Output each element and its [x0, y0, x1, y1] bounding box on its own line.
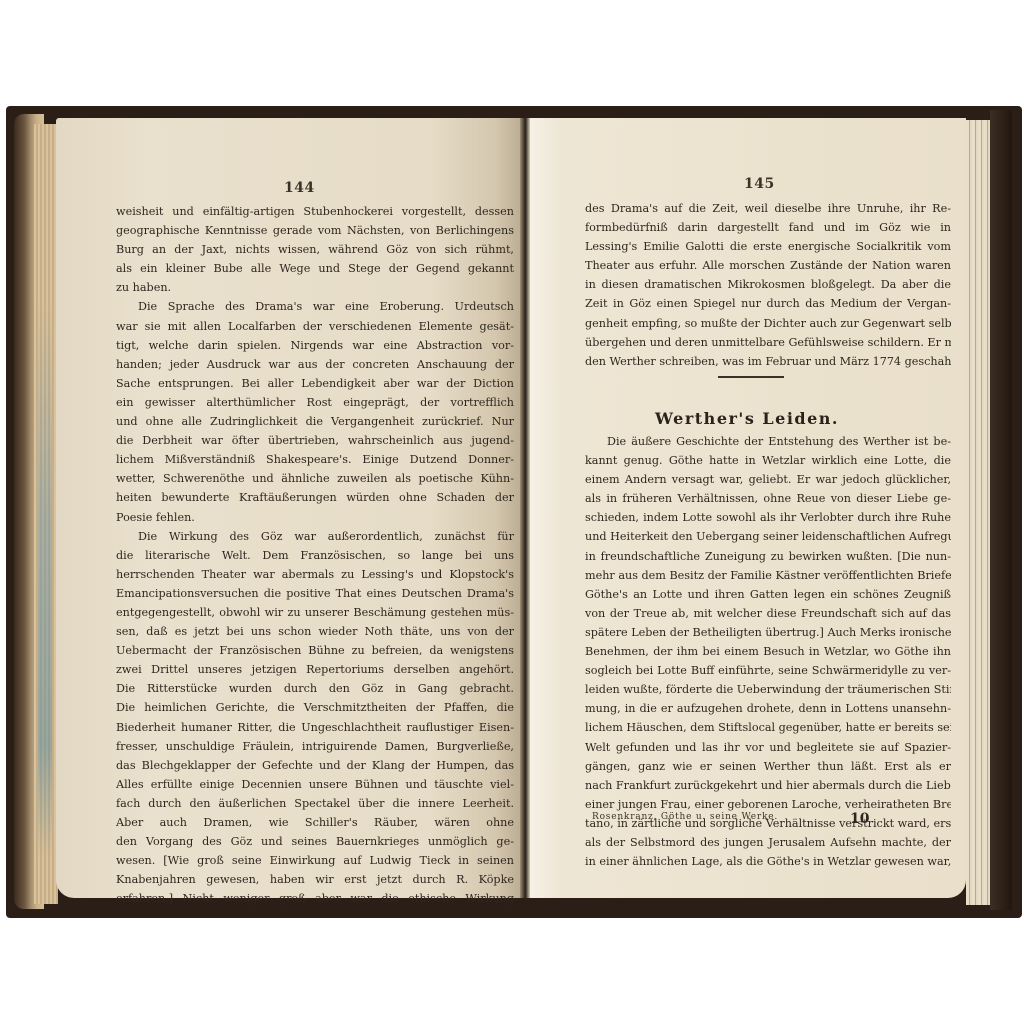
text-line: wetter, Schwerenöthe und ähnliche zuweil… [116, 469, 514, 488]
text-line: leiden wußte, förderte die Ueberwindung … [585, 680, 951, 699]
text-line: Benehmen, der ihm bei einem Besuch in We… [585, 642, 951, 661]
text-line: als ein kleiner Bube alle Wege und Stege… [116, 259, 514, 278]
text-line: erfahren.] Nicht weniger groß aber war d… [116, 889, 514, 908]
text-line: Die heimlichen Gerichte, die Verschmitzt… [116, 698, 514, 717]
text-line: schieden, indem Lotte sowohl als ihr Ver… [585, 508, 951, 527]
text-line: des Drama's auf die Zeit, weil dieselbe … [585, 199, 951, 218]
text-line: sen, daß es jetzt bei uns schon wieder N… [116, 622, 514, 641]
text-line: zu haben. [116, 278, 514, 297]
text-line: ein gewisser alterthümlicher Rost eingep… [116, 393, 514, 412]
text-line: den Werther schreiben, was im Februar un… [585, 352, 951, 371]
footer-sheet-number: 10 [850, 811, 869, 827]
text-line: die literarische Welt. Dem Französischen… [116, 546, 514, 565]
text-line: Die äußere Geschichte der Entstehung des… [585, 432, 951, 451]
text-line: geographische Kenntnisse gerade vom Näch… [116, 221, 514, 240]
text-line: heiten bewunderte Kraftäußerungen würden… [116, 488, 514, 507]
text-line: nach Frankfurt zurückgekehrt und hier ab… [585, 776, 951, 795]
text-line: Biederheit humaner Ritter, die Ungeschla… [116, 718, 514, 737]
text-line: Welt gefunden und las ihr vor und beglei… [585, 738, 951, 757]
text-line: Uebermacht der Französischen Bühne zu be… [116, 641, 514, 660]
text-line: Die Sprache des Drama's war eine Eroberu… [116, 297, 514, 316]
text-line: Knabenjahren gewesen, haben wir erst jet… [116, 870, 514, 889]
page-number-right: 145 [744, 176, 775, 192]
text-line: formbedürfniß darin dargestellt fand und… [585, 218, 951, 237]
text-line: Burg an der Jaxt, nichts wissen, während… [116, 240, 514, 259]
text-line: sogleich bei Lotte Buff einführte, seine… [585, 661, 951, 680]
text-line: Theater aus erfuhr. Alle morschen Zustän… [585, 256, 951, 275]
right-page-body-top: des Drama's auf die Zeit, weil dieselbe … [585, 199, 951, 371]
text-line: und Heiterkeit den Uebergang seiner leid… [585, 527, 951, 546]
right-page-edges [966, 120, 990, 905]
text-line: die Derbheit war öfter übertrieben, wahr… [116, 431, 514, 450]
text-line: mung, in die er aufzugehen drohete, denn… [585, 699, 951, 718]
page-number-left: 144 [284, 180, 315, 196]
text-line: herrschenden Theater war abermals zu Les… [116, 565, 514, 584]
text-line: Aber auch Dramen, wie Schiller's Räuber,… [116, 813, 514, 832]
text-line: als in früheren Verhältnissen, ohne Reue… [585, 489, 951, 508]
left-page-body: weisheit und einfältig-artigen Stubenhoc… [116, 202, 514, 908]
book-gutter [520, 118, 530, 898]
text-line: den Vorgang des Göz und seines Bauernkri… [116, 832, 514, 851]
text-line: mehr aus dem Besitz der Familie Kästner … [585, 566, 951, 585]
text-line: Die Ritterstücke wurden durch den Göz in… [116, 679, 514, 698]
section-divider-rule [718, 376, 784, 378]
text-line: Sache entsprungen. Bei aller Lebendigkei… [116, 374, 514, 393]
right-page-body-bottom: Die äußere Geschichte der Entstehung des… [585, 432, 951, 871]
text-line: zwei Drittel unseres jetzigen Repertoriu… [116, 660, 514, 679]
text-line: wesen. [Wie groß seine Einwirkung auf Lu… [116, 851, 514, 870]
text-line: lichem Häuschen, dem Stiftslocal gegenüb… [585, 718, 951, 737]
text-line: Lessing's Emilie Galotti die erste energ… [585, 237, 951, 256]
section-heading: Werther's Leiden. [528, 409, 966, 428]
text-line: lichem Mißverständniß Shakespeare's. Ein… [116, 450, 514, 469]
text-line: Die Wirkung des Göz war außerordentlich,… [116, 527, 514, 546]
text-line: Poesie fehlen. [116, 508, 514, 527]
text-line: in freundschaftliche Zuneigung zu bewirk… [585, 547, 951, 566]
text-line: weisheit und einfältig-artigen Stubenhoc… [116, 202, 514, 221]
text-line: übergehen und deren unmittelbare Gefühls… [585, 333, 951, 352]
text-line: Emancipationsversuchen die positive That… [116, 584, 514, 603]
text-line: das Blechgeklapper der Gefechte und der … [116, 756, 514, 775]
text-line: spätere Leben der Betheiligten übertrug.… [585, 623, 951, 642]
text-line: tigt, welche darin spielen. Nirgends war… [116, 336, 514, 355]
page-edge-stain [38, 300, 52, 860]
text-line: Göthe's an Lotte und ihren Gatten legen … [585, 585, 951, 604]
text-line: in einer ähnlichen Lage, als die Göthe's… [585, 852, 951, 871]
text-line: von der Treue ab, mit welcher diese Freu… [585, 604, 951, 623]
text-line: in diesen dramatischen Mikrokosmen bloßg… [585, 275, 951, 294]
right-cover-edge [990, 110, 1012, 910]
text-line: Alles erfüllte einige Decennien unsere B… [116, 775, 514, 794]
text-line: kannt genug. Göthe hatte in Wetzlar wirk… [585, 451, 951, 470]
text-line: genheit empfing, so mußte der Dichter au… [585, 314, 951, 333]
text-line: war sie mit allen Localfarben der versch… [116, 317, 514, 336]
text-line: und ohne alle Zudringlichkeit die Vergan… [116, 412, 514, 431]
text-line: als der Selbstmord des jungen Jerusalem … [585, 833, 951, 852]
text-line: Zeit in Göz einen Spiegel nur durch das … [585, 294, 951, 313]
text-line: fresser, unschuldige Fräulein, intriguir… [116, 737, 514, 756]
text-line: einem Andern versagt war, geliebt. Er wa… [585, 470, 951, 489]
text-line: entgegengestellt, obwohl wir zu unserer … [116, 603, 514, 622]
text-line: fach durch den äußerlichen Spectakel übe… [116, 794, 514, 813]
text-line: handen; jeder Ausdruck war aus der concr… [116, 355, 514, 374]
text-line: einer jungen Frau, einer geborenen Laroc… [585, 795, 951, 814]
footer-signature: Rosenkranz, Göthe u. seine Werke. [592, 812, 778, 822]
text-line: gängen, ganz wie er seinen Werther thun … [585, 757, 951, 776]
